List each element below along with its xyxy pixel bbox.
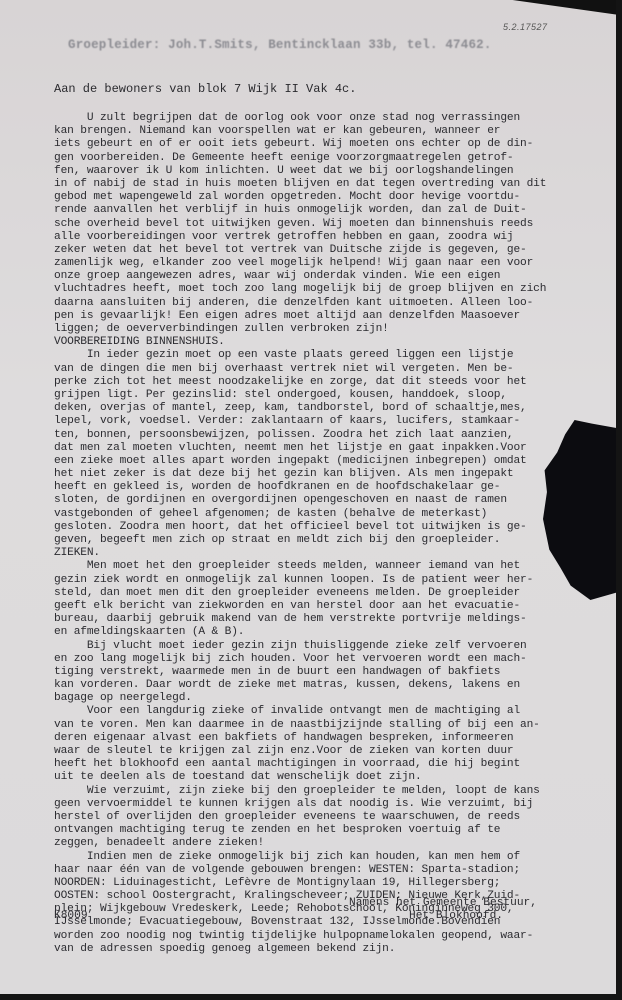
closing-signature-line1: Namens het Gemeente Bestuur, <box>349 897 537 909</box>
body-line: NOORDEN: Liduinagesticht, Lefèvre de Mon… <box>54 877 614 890</box>
body-line: van te voren. Men kan daarmee in de naas… <box>54 719 614 732</box>
page-edge-right <box>616 0 622 1000</box>
body-line: geeft elk bericht van ziekworden en van … <box>54 600 614 613</box>
body-line: herstel of overlijden den groepleider ev… <box>54 811 614 824</box>
body-line: onze groep aangewezen adres, waar wij on… <box>54 270 614 283</box>
body-line: gebod met wapengeweld zal worden opgetre… <box>54 191 614 204</box>
body-line: ZIEKEN. <box>54 547 614 560</box>
body-line: geen vervoermiddel te kunnen krijgen als… <box>54 798 614 811</box>
body-line: vluchtadres heeft, moet toch zoo lang mo… <box>54 283 614 296</box>
body-line: en afmeldingskaarten (A & B). <box>54 626 614 639</box>
closing-signature-line2: Het Blokhoofd. <box>409 910 503 922</box>
body-line: in of nabij de stad in huis moeten blijv… <box>54 178 614 191</box>
archive-number: 5.2.17527 <box>503 22 548 32</box>
body-line: bagage op neergelegd. <box>54 692 614 705</box>
body-line: heeft en gekleed is, worden de hoofdkran… <box>54 481 614 494</box>
body-line: Bij vlucht moet ieder gezin zijn thuisli… <box>54 640 614 653</box>
body-line: zamenlijk weg, elkander zoo veel mogelij… <box>54 257 614 270</box>
body-line: sche overheid bevel tot uitwijken geven.… <box>54 218 614 231</box>
body-line: In ieder gezin moet op een vaste plaats … <box>54 349 614 362</box>
body-line: worden zoo noodig nog twintig tijdelijke… <box>54 930 614 943</box>
body-line: rende aanvallen het verblijf in huis onm… <box>54 204 614 217</box>
body-line: heeft het blokhoofd een aantal machtigin… <box>54 758 614 771</box>
body-line: tiging verstrekt, waarmede men in de buu… <box>54 666 614 679</box>
body-line: kan brengen. Niemand kan voorspellen wat… <box>54 125 614 138</box>
body-line: uit te deelen als de toestand dat wensch… <box>54 771 614 784</box>
body-line: ten, bonnen, persoonsbewijzen, polissen.… <box>54 429 614 442</box>
body-line: sloten, de gordijnen en overgordijnen op… <box>54 494 614 507</box>
body-line: Wie verzuimt, zijn zieke bij den groeple… <box>54 785 614 798</box>
body-line: haar naar één van de volgende gebouwen b… <box>54 864 614 877</box>
body-line: deren eigenaar alvast een bakfiets of ha… <box>54 732 614 745</box>
body-line: bureau, daarbij gebruik makend van de he… <box>54 613 614 626</box>
body-line: van de adressen spoedig genoeg algemeen … <box>54 943 614 956</box>
body-line: dat men zal moeten vluchten, neemt men h… <box>54 442 614 455</box>
body-line: Men moet het den groepleider steeds meld… <box>54 560 614 573</box>
body-line: gezin ziek wordt en onmogelijk zal kunne… <box>54 574 614 587</box>
body-line: en zoo lang mogelijk bij zich houden. Vo… <box>54 653 614 666</box>
body-line: daarna aansluiten bij anderen, die denze… <box>54 297 614 310</box>
body-line: een zieke moet alles apart worden ingepa… <box>54 455 614 468</box>
group-leader-header: Groepleider: Joh.T.Smits, Bentincklaan 3… <box>68 38 492 52</box>
body-line: alle voorbereidingen voor vertrek getrof… <box>54 231 614 244</box>
body-line: gen voorbereiden. De Gemeente heeft eeni… <box>54 152 614 165</box>
body-line: geven, begeeft men zich op straat en mel… <box>54 534 614 547</box>
reference-code: K8009 <box>54 910 88 922</box>
body-line: deken, overjas of mantel, zeep, kam, tan… <box>54 402 614 415</box>
body-line: zeker weten dat het bevel tot vertrek va… <box>54 244 614 257</box>
body-line: waar de sleutel te krijgen zal zijn enz.… <box>54 745 614 758</box>
body-line: U zult begrijpen dat de oorlog ook voor … <box>54 112 614 125</box>
body-line: vastgebonden of geheel afgenomen; de kas… <box>54 508 614 521</box>
body-line: ontvangen machtiging terug te zenden en … <box>54 824 614 837</box>
body-line: Indien men de zieke onmogelijk bij zich … <box>54 851 614 864</box>
body-line: kan vorderen. Daar wordt de zieke met ma… <box>54 679 614 692</box>
body-line: gesloten. Zoodra men hoort, dat het offi… <box>54 521 614 534</box>
body-line: zeggen, benadeelt andere zieken! <box>54 837 614 850</box>
body-line: iets gebeurt en of er ooit iets gebeurt.… <box>54 138 614 151</box>
letter-body: U zult begrijpen dat de oorlog ook voor … <box>54 112 614 956</box>
body-line: IJsselmonde; Evacuatiegebouw, Bovenstraa… <box>54 916 614 929</box>
body-line: Voor een langdurig zieke of invalide ont… <box>54 705 614 718</box>
body-line: VOORBEREIDING BINNENSHUIS. <box>54 336 614 349</box>
body-line: fen, waarover ik U kom inlichten. U weet… <box>54 165 614 178</box>
document-page: 5.2.17527 Groepleider: Joh.T.Smits, Bent… <box>0 0 616 994</box>
body-line: grijpen ligt. Per gezinslid: stel onderg… <box>54 389 614 402</box>
body-line: van de dingen die men bij overhaast vert… <box>54 363 614 376</box>
body-line: perke zich tot het meest noodzakelijke e… <box>54 376 614 389</box>
page-edge-bottom <box>0 994 622 1000</box>
body-line: liggen; de oeververbindingen zullen verb… <box>54 323 614 336</box>
body-line: lepel, vork, voedsel. Verder: zaklantaar… <box>54 415 614 428</box>
body-line: het niet zeker is dat deze bij het gezin… <box>54 468 614 481</box>
body-line: pen is gevaarlijk! Een eigen adres moet … <box>54 310 614 323</box>
body-line: steld, dan moet men dit den groepleider … <box>54 587 614 600</box>
addressee-line: Aan de bewoners van blok 7 Wijk II Vak 4… <box>54 82 356 96</box>
